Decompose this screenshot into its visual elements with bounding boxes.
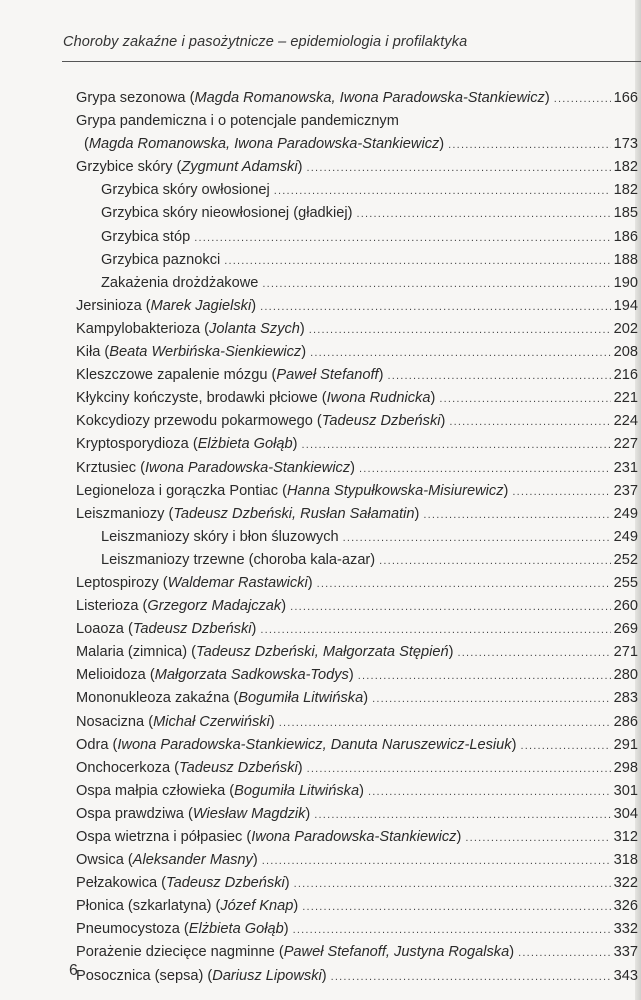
toc-entry-title: Grzybica skóry nieowłosionej (gładkiej) [101, 202, 352, 225]
toc-entry-authors: Bogumiła Litwińska [234, 783, 359, 799]
toc-entry-title: Leiszmaniozy (Tadeusz Dzbeński, Rusłan S… [76, 503, 419, 526]
toc-entry[interactable]: Grzybica skóry nieowłosionej (gładkiej)1… [76, 202, 638, 225]
toc-entry[interactable]: Zakażenia drożdżakowe190 [76, 272, 638, 295]
toc-entry[interactable]: Listerioza (Grzegorz Madajczak)260 [76, 595, 638, 618]
toc-entry[interactable]: Jersinioza (Marek Jagielski)194 [76, 295, 638, 318]
dot-leader [260, 619, 610, 642]
toc-entry-page: 237 [614, 480, 638, 503]
toc-entry-authors: Małgorzata Sadkowska-Todys [155, 667, 349, 683]
toc-entry-title: Grzybica paznokci [101, 249, 220, 272]
toc-entry[interactable]: Loaoza (Tadeusz Dzbeński)269 [76, 618, 638, 641]
toc-entry-page: 227 [614, 433, 638, 456]
toc-entry-page: 343 [614, 965, 638, 988]
toc-entry-title: Porażenie dziecięce nagminne (Paweł Stef… [76, 941, 514, 964]
dot-leader [465, 827, 610, 850]
toc-entry-page: 249 [614, 503, 638, 526]
toc-entry-authors: Marek Jagielski [151, 298, 252, 314]
toc-entry-title: Posocznica (sepsa) (Dariusz Lipowski) [76, 965, 327, 988]
toc-entry-title: Melioidoza (Małgorzata Sadkowska-Todys) [76, 664, 354, 687]
dot-leader [368, 781, 611, 804]
toc-entry-page: 231 [614, 457, 638, 480]
dot-leader [301, 434, 610, 457]
toc-entry-authors: Tadeusz Dzbeński [179, 760, 298, 776]
toc-entry[interactable]: Kleszczowe zapalenie mózgu (Paweł Stefan… [76, 364, 638, 387]
toc-entry-title: Ospa małpia człowieka (Bogumiła Litwińsk… [76, 780, 364, 803]
toc-entry-title: Pełzakowica (Tadeusz Dzbeński) [76, 872, 290, 895]
toc-entry-authors: Grzegorz Madajczak [147, 598, 281, 614]
toc-entry[interactable]: Kampylobakterioza (Jolanta Szych)202 [76, 318, 638, 341]
toc-entry-title: Owsica (Aleksander Masny) [76, 849, 258, 872]
dot-leader [279, 712, 611, 735]
dot-leader [307, 758, 611, 781]
toc-entry-page: 194 [614, 295, 638, 318]
toc-entry-title: Płonica (szkarlatyna) (Józef Knap) [76, 895, 298, 918]
toc-entry-title: Listerioza (Grzegorz Madajczak) [76, 595, 286, 618]
toc-entry-page: 221 [614, 387, 638, 410]
toc-entry-page: 185 [614, 202, 638, 225]
dot-leader [294, 873, 611, 896]
toc-entry-page: 190 [614, 272, 638, 295]
toc-entry[interactable]: Grzybica skóry owłosionej182 [76, 179, 638, 202]
toc-entry-authors: Iwona Rudnicka [327, 390, 431, 406]
toc-entry[interactable]: Legioneloza i gorączka Pontiac (Hanna St… [76, 480, 638, 503]
toc-entry[interactable]: Leiszmaniozy skóry i błon śluzowych249 [76, 526, 638, 549]
toc-entry-page: 188 [614, 249, 638, 272]
toc-entry-page: 208 [614, 341, 638, 364]
dot-leader [449, 411, 610, 434]
toc-entry-title: (Magda Romanowska, Iwona Paradowska-Stan… [84, 133, 444, 156]
toc-entry-authors: Jolanta Szych [209, 321, 300, 337]
toc-entry-page: 186 [614, 226, 638, 249]
dot-leader [554, 88, 611, 111]
dot-leader [293, 919, 611, 942]
toc-entry-title: Kokcydiozy przewodu pokarmowego (Tadeusz… [76, 410, 445, 433]
toc-entry-page: 252 [614, 549, 638, 572]
toc-entry-page: 182 [614, 156, 638, 179]
toc-entry-page: 286 [614, 711, 638, 734]
toc-entry-authors: Zygmunt Adamski [181, 159, 297, 175]
table-of-contents: Grypa sezonowa (Magda Romanowska, Iwona … [76, 87, 638, 988]
toc-entry-page: 301 [614, 780, 638, 803]
toc-entry-authors: Beata Werbińska-Sienkiewicz [109, 344, 301, 360]
toc-entry-page: 249 [614, 526, 638, 549]
toc-entry-title: Grzybica skóry owłosionej [101, 179, 270, 202]
dot-leader [343, 527, 611, 550]
toc-entry[interactable]: Posocznica (sepsa) (Dariusz Lipowski)343 [76, 965, 638, 988]
running-header: Choroby zakaźne i pasożytnicze – epidemi… [63, 34, 467, 50]
toc-entry[interactable]: Grypa sezonowa (Magda Romanowska, Iwona … [76, 87, 638, 110]
toc-entry[interactable]: Pneumocystoza (Elżbieta Gołąb)332 [76, 918, 638, 941]
toc-entry-page: 166 [614, 87, 638, 110]
dot-leader [302, 896, 610, 919]
toc-entry-title: Kleszczowe zapalenie mózgu (Paweł Stefan… [76, 364, 383, 387]
toc-entry-authors: Elżbieta Gołąb [189, 921, 284, 937]
toc-entry-title: Zakażenia drożdżakowe [101, 272, 258, 295]
toc-entry-authors: Tadeusz Dzbeński [133, 621, 252, 637]
toc-entry-page: 283 [614, 687, 638, 710]
dot-leader [310, 342, 611, 365]
toc-entry-authors: Iwona Paradowska-Stankiewicz [145, 460, 350, 476]
toc-entry-title: Kłykciny kończyste, brodawki płciowe (Iw… [76, 387, 435, 410]
toc-entry[interactable]: Odra (Iwona Paradowska-Stankiewicz, Danu… [76, 734, 638, 757]
toc-entry-authors: Iwona Paradowska-Stankiewicz, Danuta Nar… [117, 737, 511, 753]
toc-entry-authors: Waldemar Rastawicki [168, 575, 308, 591]
dot-leader [457, 642, 610, 665]
toc-entry[interactable]: Krztusiec (Iwona Paradowska-Stankiewicz)… [76, 457, 638, 480]
toc-entry[interactable]: Grzybica stóp186 [76, 226, 638, 249]
toc-entry[interactable]: Kokcydiozy przewodu pokarmowego (Tadeusz… [76, 410, 638, 433]
toc-entry-title: Ospa prawdziwa (Wiesław Magdzik) [76, 803, 310, 826]
toc-entry-title: Onchocerkoza (Tadeusz Dzbeński) [76, 757, 303, 780]
dot-leader [224, 250, 610, 273]
toc-entry-title: Pneumocystoza (Elżbieta Gołąb) [76, 918, 289, 941]
toc-entry-title: Jersinioza (Marek Jagielski) [76, 295, 256, 318]
dot-leader [331, 966, 611, 989]
toc-entry-title: Grypa pandemiczna i o potencjale pandemi… [76, 110, 399, 133]
toc-entry[interactable]: Owsica (Aleksander Masny)318 [76, 849, 638, 872]
dot-leader [194, 227, 610, 250]
toc-entry-authors: Tadeusz Dzbeński, Małgorzata Stępień [196, 644, 449, 660]
toc-entry-title: Leptospirozy (Waldemar Rastawicki) [76, 572, 313, 595]
toc-entry[interactable]: Płonica (szkarlatyna) (Józef Knap)326 [76, 895, 638, 918]
toc-entry-authors: Michał Czerwiński [153, 714, 270, 730]
toc-entry[interactable]: Mononukleoza zakaźna (Bogumiła Litwińska… [76, 687, 638, 710]
toc-entry-page: 337 [614, 941, 638, 964]
toc-entry[interactable]: Malaria (zimnica) (Tadeusz Dzbeński, Mał… [76, 641, 638, 664]
toc-entry-title: Odra (Iwona Paradowska-Stankiewicz, Danu… [76, 734, 516, 757]
toc-entry-authors: Dariusz Lipowski [212, 968, 322, 984]
toc-entry[interactable]: Kryptosporydioza (Elżbieta Gołąb)227 [76, 433, 638, 456]
toc-entry[interactable]: Leiszmaniozy trzewne (choroba kala-azar)… [76, 549, 638, 572]
page-number: 6 [69, 962, 78, 980]
toc-entry-authors: Tadeusz Dzbeński, Rusłan Sałamatin [173, 506, 414, 522]
dot-leader [309, 319, 611, 342]
toc-entry[interactable]: Porażenie dziecięce nagminne (Paweł Stef… [76, 941, 638, 964]
toc-entry[interactable]: Kiła (Beata Werbińska-Sienkiewicz)208 [76, 341, 638, 364]
toc-entry-title: Grzybice skóry (Zygmunt Adamski) [76, 156, 303, 179]
dot-leader [520, 735, 610, 758]
toc-entry-title: Krztusiec (Iwona Paradowska-Stankiewicz) [76, 457, 355, 480]
toc-entry-authors: Bogumiła Litwińska [238, 690, 363, 706]
toc-entry-title: Grzybica stóp [101, 226, 190, 249]
toc-entry-title: Loaoza (Tadeusz Dzbeński) [76, 618, 256, 641]
dot-leader [387, 365, 610, 388]
toc-entry[interactable]: Ospa prawdziwa (Wiesław Magdzik)304 [76, 803, 638, 826]
toc-entry[interactable]: (Magda Romanowska, Iwona Paradowska-Stan… [76, 133, 638, 156]
toc-entry-title: Malaria (zimnica) (Tadeusz Dzbeński, Mał… [76, 641, 453, 664]
toc-entry[interactable]: Onchocerkoza (Tadeusz Dzbeński)298 [76, 757, 638, 780]
toc-entry-page: 304 [614, 803, 638, 826]
toc-entry-authors: Wiesław Magdzik [193, 806, 306, 822]
dot-leader [356, 203, 610, 226]
dot-leader [317, 573, 611, 596]
toc-entry-title: Leiszmaniozy skóry i błon śluzowych [101, 526, 339, 549]
toc-entry-page: 326 [614, 895, 638, 918]
toc-entry[interactable]: Grzybica paznokci188 [76, 249, 638, 272]
toc-entry-title: Mononukleoza zakaźna (Bogumiła Litwińska… [76, 687, 368, 710]
toc-entry-authors: Magda Romanowska, Iwona Paradowska-Stank… [89, 136, 439, 152]
toc-entry-page: 216 [614, 364, 638, 387]
toc-entry-page: 318 [614, 849, 638, 872]
toc-entry-page: 271 [614, 641, 638, 664]
toc-entry[interactable]: Melioidoza (Małgorzata Sadkowska-Todys)2… [76, 664, 638, 687]
toc-entry[interactable]: Kłykciny kończyste, brodawki płciowe (Iw… [76, 387, 638, 410]
dot-leader [448, 134, 610, 157]
toc-entry-authors: Paweł Stefanoff [276, 367, 378, 383]
toc-entry-page: 291 [614, 734, 638, 757]
dot-leader [274, 180, 611, 203]
toc-entry-authors: Elżbieta Gołąb [198, 436, 293, 452]
toc-entry[interactable]: Pełzakowica (Tadeusz Dzbeński)322 [76, 872, 638, 895]
header-rule [62, 61, 641, 62]
dot-leader [262, 850, 611, 873]
dot-leader [423, 504, 610, 527]
dot-leader [262, 273, 610, 296]
toc-entry-title: Kryptosporydioza (Elżbieta Gołąb) [76, 433, 297, 456]
toc-entry[interactable]: Nosacizna (Michał Czerwiński)286 [76, 711, 638, 734]
dot-leader [358, 665, 611, 688]
toc-entry[interactable]: Grypa pandemiczna i o potencjale pandemi… [76, 110, 638, 133]
toc-entry-authors: Iwona Paradowska-Stankiewicz [251, 829, 456, 845]
toc-entry-title: Ospa wietrzna i półpasiec (Iwona Paradow… [76, 826, 461, 849]
toc-entry-page: 255 [614, 572, 638, 595]
toc-entry-authors: Hanna Stypułkowska-Misiurewicz [287, 483, 504, 499]
toc-entry-page: 280 [614, 664, 638, 687]
dot-leader [372, 688, 611, 711]
toc-entry[interactable]: Leiszmaniozy (Tadeusz Dzbeński, Rusłan S… [76, 503, 638, 526]
toc-entry-page: 269 [614, 618, 638, 641]
dot-leader [379, 550, 610, 573]
dot-leader [518, 942, 611, 965]
toc-entry-title: Legioneloza i gorączka Pontiac (Hanna St… [76, 480, 508, 503]
toc-entry-page: 182 [614, 179, 638, 202]
dot-leader [290, 596, 611, 619]
toc-entry-title: Grypa sezonowa (Magda Romanowska, Iwona … [76, 87, 550, 110]
toc-entry-page: 322 [614, 872, 638, 895]
toc-entry-page: 260 [614, 595, 638, 618]
toc-entry[interactable]: Leptospirozy (Waldemar Rastawicki)255 [76, 572, 638, 595]
dot-leader [307, 157, 611, 180]
toc-entry-title: Kiła (Beata Werbińska-Sienkiewicz) [76, 341, 306, 364]
toc-entry-authors: Tadeusz Dzbeński [166, 875, 285, 891]
toc-entry-page: 202 [614, 318, 638, 341]
dot-leader [512, 481, 610, 504]
toc-entry-authors: Paweł Stefanoff, Justyna Rogalska [284, 944, 510, 960]
toc-entry-page: 312 [614, 826, 638, 849]
toc-entry-page: 224 [614, 410, 638, 433]
toc-entry-title: Leiszmaniozy trzewne (choroba kala-azar) [101, 549, 375, 572]
dot-leader [359, 458, 611, 481]
toc-entry[interactable]: Ospa małpia człowieka (Bogumiła Litwińsk… [76, 780, 638, 803]
toc-entry-page: 298 [614, 757, 638, 780]
toc-entry-authors: Tadeusz Dzbeński [322, 413, 441, 429]
dot-leader [314, 804, 610, 827]
toc-entry-authors: Aleksander Masny [133, 852, 253, 868]
toc-entry-title: Nosacizna (Michał Czerwiński) [76, 711, 275, 734]
toc-entry-page: 173 [614, 133, 638, 156]
toc-entry-title: Kampylobakterioza (Jolanta Szych) [76, 318, 305, 341]
toc-entry-authors: Magda Romanowska, Iwona Paradowska-Stank… [194, 90, 544, 106]
dot-leader [439, 388, 610, 411]
dot-leader [260, 296, 611, 319]
toc-entry[interactable]: Grzybice skóry (Zygmunt Adamski)182 [76, 156, 638, 179]
toc-entry[interactable]: Ospa wietrzna i półpasiec (Iwona Paradow… [76, 826, 638, 849]
toc-entry-page: 332 [614, 918, 638, 941]
toc-entry-authors: Józef Knap [220, 898, 293, 914]
